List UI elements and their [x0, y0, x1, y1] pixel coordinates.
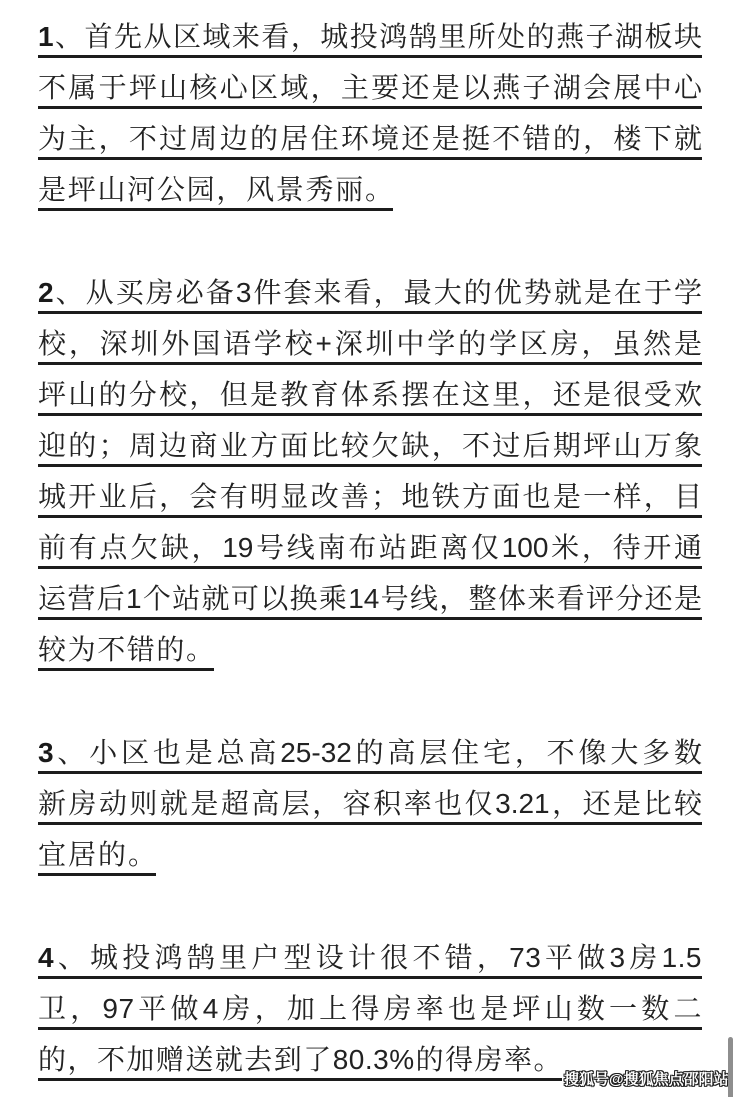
- underlined-line-last: 较为不错的。: [38, 632, 214, 671]
- text-line: 坪山的分校，但是教育体系摆在这里，还是很受欢: [38, 364, 702, 415]
- text-line: 较为不错的。: [38, 619, 702, 670]
- underlined-line-last: 是坪山河公园，风景秀丽。: [38, 172, 393, 211]
- text-line: 前有点欠缺，19号线南布站距离仅100米，待开通: [38, 517, 702, 568]
- article-body: 1、首先从区域来看，城投鸿鹄里所处的燕子湖板块 不属于坪山核心区域，主要还是以燕…: [38, 6, 702, 1080]
- underlined-line: 迎的；周边商业方面比较欠缺，不过后期坪山万象: [38, 428, 702, 467]
- paragraph-4: 4、城投鸿鹄里户型设计很不错，73平做3房1.5 卫，97平做4房，加上得房率也…: [38, 927, 702, 1080]
- paragraph-1: 1、首先从区域来看，城投鸿鹄里所处的燕子湖板块 不属于坪山核心区域，主要还是以燕…: [38, 6, 702, 210]
- text-line: 新房动则就是超高层，容积率也仅3.21，还是比较: [38, 773, 702, 824]
- text-line: 是坪山河公园，风景秀丽。: [38, 159, 702, 210]
- underlined-line-last: 宜居的。: [38, 837, 156, 876]
- text-line: 不属于坪山核心区域，主要还是以燕子湖会展中心: [38, 57, 702, 108]
- text-line: 宜居的。: [38, 824, 702, 875]
- text-line: 2、从买房必备3件套来看，最大的优势就是在于学: [38, 262, 702, 313]
- paragraph-number: 1: [38, 21, 54, 52]
- underlined-line: 运营后1个站就可以换乘14号线，整体来看评分还是: [38, 581, 702, 620]
- underlined-line: 城开业后，会有明显改善；地铁方面也是一样，目: [38, 479, 702, 518]
- underlined-line: 不属于坪山核心区域，主要还是以燕子湖会展中心: [38, 70, 702, 109]
- underlined-line: 卫，97平做4房，加上得房率也是坪山数一数二: [38, 991, 702, 1030]
- text-line: 为主，不过周边的居住环境还是挺不错的，楼下就: [38, 108, 702, 159]
- paragraph-2: 2、从买房必备3件套来看，最大的优势就是在于学 校，深圳外国语学校+深圳中学的学…: [38, 262, 702, 670]
- line-text: 、首先从区域来看，城投鸿鹄里所处的燕子湖板块: [54, 21, 702, 52]
- underlined-line: 3、小区也是总高25-32的高层住宅，不像大多数: [38, 735, 702, 774]
- source-watermark: 搜狐号@搜狐焦点邵阳站: [564, 1071, 729, 1089]
- paragraph-number: 4: [38, 942, 54, 973]
- text-line: 运营后1个站就可以换乘14号线，整体来看评分还是: [38, 568, 702, 619]
- vertical-scrollbar[interactable]: [728, 1037, 733, 1097]
- text-line: 校，深圳外国语学校+深圳中学的学区房，虽然是: [38, 313, 702, 364]
- underlined-line: 2、从买房必备3件套来看，最大的优势就是在于学: [38, 275, 702, 314]
- underlined-line: 前有点欠缺，19号线南布站距离仅100米，待开通: [38, 530, 702, 569]
- text-line: 3、小区也是总高25-32的高层住宅，不像大多数: [38, 722, 702, 773]
- underlined-line: 为主，不过周边的居住环境还是挺不错的，楼下就: [38, 121, 702, 160]
- underlined-line-last: 的，不加赠送就去到了80.3%的得房率。: [38, 1042, 562, 1081]
- paragraph-number: 2: [38, 277, 54, 308]
- underlined-line: 校，深圳外国语学校+深圳中学的学区房，虽然是: [38, 326, 702, 365]
- line-text: 、从买房必备3件套来看，最大的优势就是在于学: [54, 277, 702, 308]
- text-line: 迎的；周边商业方面比较欠缺，不过后期坪山万象: [38, 415, 702, 466]
- underlined-line: 新房动则就是超高层，容积率也仅3.21，还是比较: [38, 786, 702, 825]
- underlined-line: 坪山的分校，但是教育体系摆在这里，还是很受欢: [38, 377, 702, 416]
- text-line: 1、首先从区域来看，城投鸿鹄里所处的燕子湖板块: [38, 6, 702, 57]
- paragraph-3: 3、小区也是总高25-32的高层住宅，不像大多数 新房动则就是超高层，容积率也仅…: [38, 722, 702, 875]
- paragraph-number: 3: [38, 737, 54, 768]
- line-text: 、城投鸿鹄里户型设计很不错，73平做3房1.5: [54, 942, 702, 973]
- text-line: 4、城投鸿鹄里户型设计很不错，73平做3房1.5: [38, 927, 702, 978]
- text-line: 城开业后，会有明显改善；地铁方面也是一样，目: [38, 466, 702, 517]
- text-line: 卫，97平做4房，加上得房率也是坪山数一数二: [38, 978, 702, 1029]
- line-text: 、小区也是总高25-32的高层住宅，不像大多数: [54, 737, 702, 768]
- underlined-line: 4、城投鸿鹄里户型设计很不错，73平做3房1.5: [38, 940, 702, 979]
- underlined-line: 1、首先从区域来看，城投鸿鹄里所处的燕子湖板块: [38, 19, 702, 58]
